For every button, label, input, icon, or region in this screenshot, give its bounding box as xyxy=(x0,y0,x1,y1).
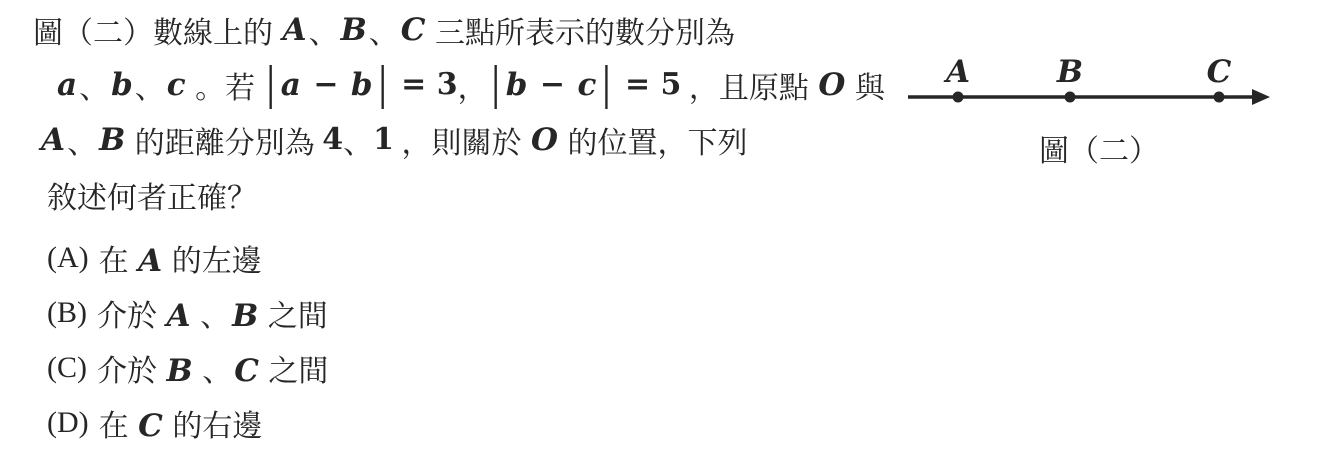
text-segment: 、 xyxy=(195,355,233,388)
text-segment: 、 xyxy=(193,300,231,333)
text-segment: 、 xyxy=(79,63,109,107)
text-segment: | xyxy=(266,59,276,110)
text-segment: ，則關於 xyxy=(394,118,529,162)
text-segment: C xyxy=(399,12,428,48)
text-segment: B xyxy=(230,298,260,334)
text-segment: 1 xyxy=(373,122,394,157)
option-text-a: 在 A 的左邊 xyxy=(99,236,262,280)
text-segment: 敘述何者正確？ xyxy=(47,173,257,217)
text-segment: 的距離分別為 xyxy=(127,118,322,162)
point-dot-a xyxy=(953,92,964,103)
text-segment: − xyxy=(529,67,575,102)
text-segment: 在 xyxy=(99,410,137,443)
text-segment: 的右邊 xyxy=(165,410,263,443)
point-label-b: B xyxy=(1056,54,1083,90)
number-line-figure: A B C 圖（二） xyxy=(890,40,1290,175)
text-segment: 之間 xyxy=(260,300,328,333)
text-segment: 的位置，下列 xyxy=(560,118,748,162)
text-segment: A xyxy=(136,243,164,279)
text-segment: b xyxy=(349,67,375,103)
question-page: 圖（二）數線上的 A、B、C 三點所表示的數分別為 a、b、c 。若 |a − … xyxy=(0,0,1338,460)
option-row-a: (A)在 A 的左邊 xyxy=(47,230,893,285)
option-label-a: (A) xyxy=(47,241,89,275)
text-segment: b xyxy=(109,67,135,103)
point-label-c: C xyxy=(1207,54,1232,90)
text-segment: a xyxy=(279,67,303,103)
text-segment: 的左邊 xyxy=(164,245,262,278)
stem-line-3: A、B 的距離分別為 4、1 ，則關於 O 的位置，下列 xyxy=(33,112,893,167)
option-label-d: (D) xyxy=(47,406,89,440)
text-segment: B xyxy=(97,122,127,158)
text-segment: | xyxy=(601,59,611,110)
point-dot-c xyxy=(1214,92,1225,103)
text-segment: 4 xyxy=(322,122,343,157)
option-label-c: (C) xyxy=(47,351,87,385)
text-segment: 、 xyxy=(369,8,399,52)
answer-options: (A)在 A 的左邊 (B)介於 A 、B 之間 (C)介於 B 、C 之間 (… xyxy=(33,230,893,450)
stem-line-2: a、b、c 。若 |a − b| = 3，|b − c| = 5 ，且原點 O … xyxy=(33,57,893,112)
text-segment: 、 xyxy=(67,118,97,162)
text-segment: ，且原點 xyxy=(681,63,816,107)
text-segment: A xyxy=(281,12,309,48)
text-segment: 、 xyxy=(135,63,165,107)
text-segment: B xyxy=(339,12,369,48)
option-row-b: (B)介於 A 、B 之間 xyxy=(47,285,893,340)
text-segment: a xyxy=(55,67,79,103)
text-segment: ， xyxy=(458,63,488,107)
stem-line-4: 敘述何者正確？ xyxy=(33,167,893,222)
text-segment: 與 xyxy=(847,63,885,107)
text-segment: c xyxy=(575,67,598,103)
text-segment: 。若 xyxy=(188,63,263,107)
text-segment: 、 xyxy=(343,118,373,162)
option-label-b: (B) xyxy=(47,296,87,330)
text-segment: | xyxy=(491,59,501,110)
text-segment: 介於 xyxy=(97,300,165,333)
text-segment: c xyxy=(165,67,188,103)
number-line-diagram: A B C 圖（二） xyxy=(890,40,1290,175)
text-segment: A xyxy=(39,122,67,158)
text-segment: 三點所表示的數分別為 xyxy=(427,8,735,52)
text-segment: 圖（二）數線上的 xyxy=(33,8,281,52)
text-segment: A xyxy=(165,298,193,334)
question-stem: 圖（二）數線上的 A、B、C 三點所表示的數分別為 a、b、c 。若 |a − … xyxy=(33,2,893,450)
option-text-d: 在 C 的右邊 xyxy=(99,401,263,445)
text-segment: b xyxy=(504,67,530,103)
text-segment: O xyxy=(816,67,847,103)
text-segment: = xyxy=(391,67,437,102)
arrow-right-icon xyxy=(1252,89,1270,105)
option-row-d: (D)在 C 的右邊 xyxy=(47,395,893,450)
text-segment: 3 xyxy=(437,67,458,102)
text-segment: B xyxy=(165,353,195,389)
text-segment: 、 xyxy=(309,8,339,52)
text-segment: C xyxy=(136,408,165,444)
text-segment: 5 xyxy=(661,67,682,102)
option-text-b: 介於 A 、B 之間 xyxy=(97,291,328,335)
stem-line-1: 圖（二）數線上的 A、B、C 三點所表示的數分別為 xyxy=(33,2,893,57)
point-dot-b xyxy=(1065,92,1076,103)
text-segment: 之間 xyxy=(261,355,329,388)
text-segment: − xyxy=(303,67,349,102)
figure-caption: 圖（二） xyxy=(1039,135,1159,168)
text-segment: O xyxy=(529,122,560,158)
point-label-a: A xyxy=(943,54,970,90)
text-segment: = xyxy=(614,67,660,102)
text-segment: 在 xyxy=(99,245,137,278)
text-segment: | xyxy=(378,59,388,110)
text-segment: 介於 xyxy=(97,355,165,388)
option-text-c: 介於 B 、C 之間 xyxy=(97,346,328,390)
text-segment: C xyxy=(232,353,261,389)
option-row-c: (C)介於 B 、C 之間 xyxy=(47,340,893,395)
